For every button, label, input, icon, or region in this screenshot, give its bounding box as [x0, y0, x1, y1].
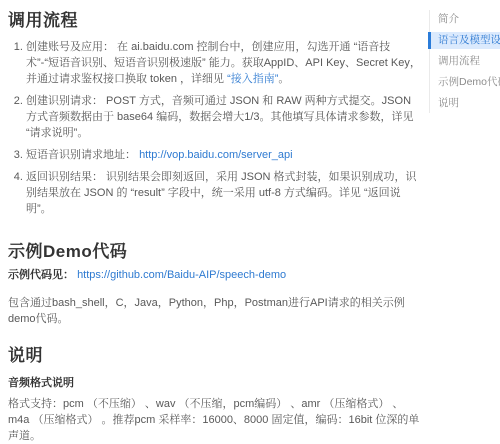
step-text: 短语音识别请求地址：	[26, 149, 139, 161]
sidebar-nav: 简介 语言及模型设置 调用流程 示例Demo代码 说明	[429, 10, 500, 113]
sidebar-item-notes[interactable]: 说明	[430, 95, 500, 112]
demo-description: 包含通过bash_shell，C，Java，Python，Php，Postman…	[8, 295, 422, 327]
section-title-process: 调用流程	[8, 6, 422, 31]
github-demo-link[interactable]: https://github.com/Baidu-AIP/speech-demo	[77, 269, 286, 281]
vop-api-link[interactable]: http://vop.baidu.com/server_api	[139, 149, 292, 161]
step-text: 创建识别请求： POST 方式，音频可通过 JSON 和 RAW 两种方式提交。…	[26, 95, 414, 139]
demo-code-line: 示例代码见： https://github.com/Baidu-AIP/spee…	[8, 267, 422, 283]
sidebar-item-intro[interactable]: 简介	[430, 11, 500, 28]
access-guide-link[interactable]: “接入指南”	[227, 73, 278, 85]
section-title-demo: 示例Demo代码	[8, 237, 422, 262]
main-content: 调用流程 创建账号及应用： 在 ai.baidu.com 控制台中，创建应用，勾…	[8, 6, 422, 346]
process-step-2: 创建识别请求： POST 方式，音频可通过 JSON 和 RAW 两种方式提交。…	[26, 93, 422, 141]
sidebar-item-process[interactable]: 调用流程	[430, 53, 500, 70]
step-text: 。	[278, 73, 289, 85]
step-text: 创建账号及应用： 在 ai.baidu.com 控制台中，创建应用，勾选开通 “…	[26, 41, 421, 85]
step-text: 返回识别结果： 识别结果会即刻返回，采用 JSON 格式封装，如果识别成功，识别…	[26, 171, 417, 215]
section-title-notes: 说明	[8, 341, 422, 346]
sidebar-item-demo[interactable]: 示例Demo代码	[430, 74, 500, 91]
process-step-4: 返回识别结果： 识别结果会即刻返回，采用 JSON 格式封装，如果识别成功，识别…	[26, 169, 422, 217]
process-step-1: 创建账号及应用： 在 ai.baidu.com 控制台中，创建应用，勾选开通 “…	[26, 39, 422, 87]
demo-code-label: 示例代码见：	[8, 269, 74, 281]
process-steps: 创建账号及应用： 在 ai.baidu.com 控制台中，创建应用，勾选开通 “…	[8, 39, 422, 217]
sidebar-item-language-model-settings[interactable]: 语言及模型设置	[430, 32, 500, 49]
process-step-3: 短语音识别请求地址： http://vop.baidu.com/server_a…	[26, 147, 422, 163]
